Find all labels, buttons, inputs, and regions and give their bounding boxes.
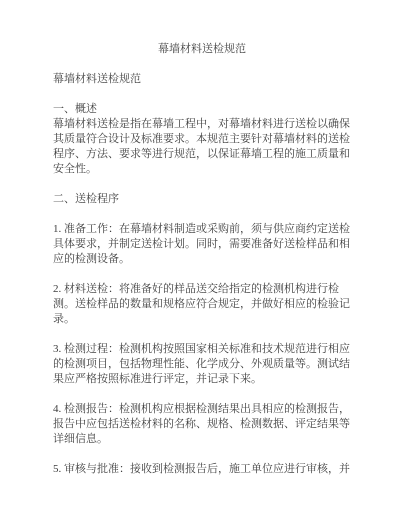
section-procedure-heading: 二、送检程序 [53,192,351,207]
procedure-step-3: 3. 检测过程：检测机构按照国家相关标准和技术规范进行相应的检测项目，包括物理性… [53,342,351,387]
document-page: 幕墙材料送检规范 幕墙材料送检规范 一、概述 幕墙材料送检是指在幕墙工程中，对幕… [0,0,400,517]
procedure-step-1: 1. 准备工作：在幕墙材料制造或采购前，须与供应商约定送检具体要求，并制定送检计… [53,222,351,267]
document-subtitle: 幕墙材料送检规范 [53,72,351,87]
section-overview-body: 幕墙材料送检是指在幕墙工程中，对幕墙材料进行送检以确保其质量符合设计及标准要求。… [53,117,351,177]
document-title: 幕墙材料送检规范 [53,42,351,57]
section-overview: 一、概述 幕墙材料送检是指在幕墙工程中，对幕墙材料进行送检以确保其质量符合设计及… [53,102,351,177]
procedure-step-2: 2. 材料送检：将准备好的样品送交给指定的检测机构进行检测。送检样品的数量和规格… [53,282,351,327]
procedure-step-5: 5. 审核与批准：接收到检测报告后，施工单位应进行审核，并 [53,462,351,477]
procedure-step-4: 4. 检测报告：检测机构应根据检测结果出具相应的检测报告，报告中应包括送检材料的… [53,402,351,447]
section-overview-heading: 一、概述 [53,102,351,117]
